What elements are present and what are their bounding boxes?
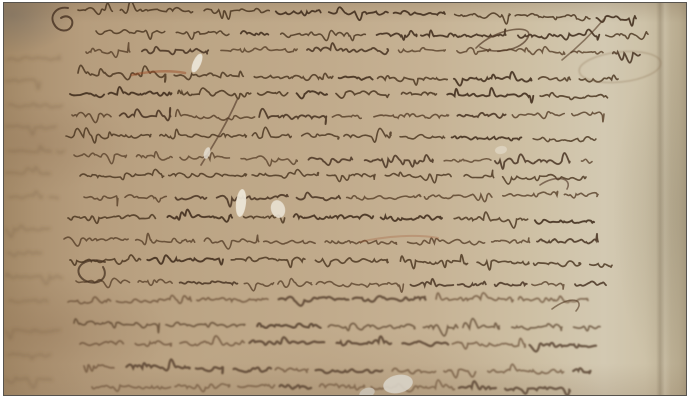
bleed-through-marks: [6, 56, 64, 388]
handwriting-layer: [4, 3, 686, 395]
manuscript-photograph: [0, 0, 692, 401]
stain-ring: [578, 48, 663, 86]
manuscript-page: [3, 2, 687, 396]
handwriting-lines: [64, 3, 648, 395]
